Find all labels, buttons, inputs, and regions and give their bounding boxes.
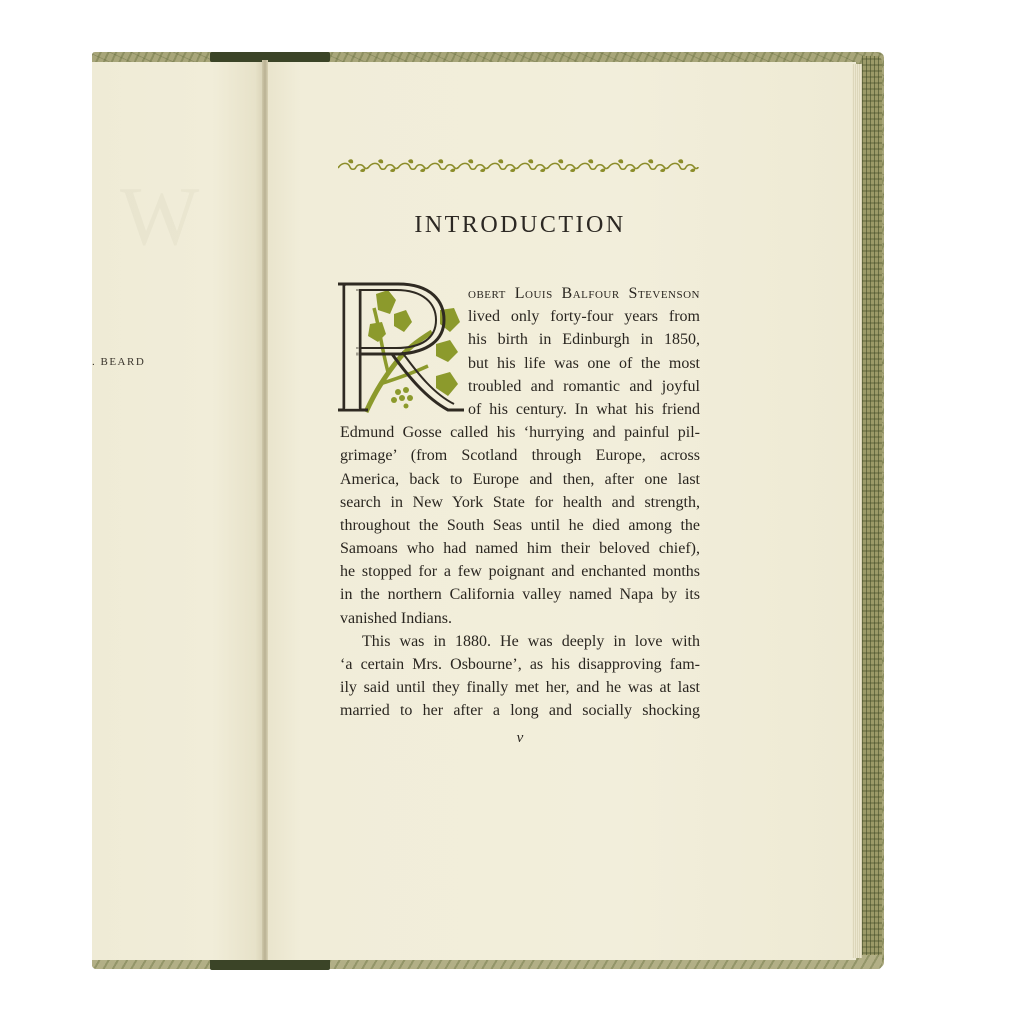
book-gutter bbox=[262, 60, 268, 960]
text-line: but his life was one of the most bbox=[468, 352, 700, 375]
cover-right-edge bbox=[862, 56, 882, 966]
text-line: throughout the South Seas until he died … bbox=[340, 514, 700, 537]
text-line: vanished Indians. bbox=[340, 607, 700, 630]
text-line: lived only forty-four years from bbox=[468, 305, 700, 328]
left-page-credit: . BEARD bbox=[92, 356, 145, 368]
chapter-title: INTRODUCTION bbox=[330, 212, 710, 239]
introduction-body: obert Louis Balfour Stevenson lived only… bbox=[340, 282, 700, 723]
vine-scroll-ornament-icon bbox=[338, 158, 700, 174]
show-through-text: W bbox=[120, 168, 205, 265]
text-line: of his century. In what his friend bbox=[468, 398, 700, 421]
text-line: grimage’ (from Scotland through Europe, … bbox=[340, 444, 700, 467]
text-line: Samoans who had named him their beloved … bbox=[340, 537, 700, 560]
text-line: This was in 1880. He was deeply in love … bbox=[340, 630, 700, 653]
open-book-photo: W . BEARD INTRODUCTION bbox=[0, 0, 1024, 1024]
text-line: ‘a certain Mrs. Osbourne’, as his disapp… bbox=[340, 653, 700, 676]
text-line: America, back to Europe and then, after … bbox=[340, 468, 700, 491]
text-line: he stopped for a few poignant and enchan… bbox=[340, 560, 700, 583]
text-line: troubled and romantic and joyful bbox=[468, 375, 700, 398]
text-line: search in New York State for health and … bbox=[340, 491, 700, 514]
text-line: his birth in Edinburgh in 1850, bbox=[468, 328, 700, 351]
page-number: v bbox=[510, 730, 530, 747]
text-line: in the northern California valley named … bbox=[340, 583, 700, 606]
spine-cloth-top bbox=[210, 52, 330, 62]
text-line: Edmund Gosse called his ‘hurrying and pa… bbox=[340, 421, 700, 444]
page-edges bbox=[852, 64, 862, 958]
text-line: obert Louis Balfour Stevenson bbox=[468, 282, 700, 305]
text-line: married to her after a long and socially… bbox=[340, 699, 700, 722]
text-line: ily said until they finally met her, and… bbox=[340, 676, 700, 699]
